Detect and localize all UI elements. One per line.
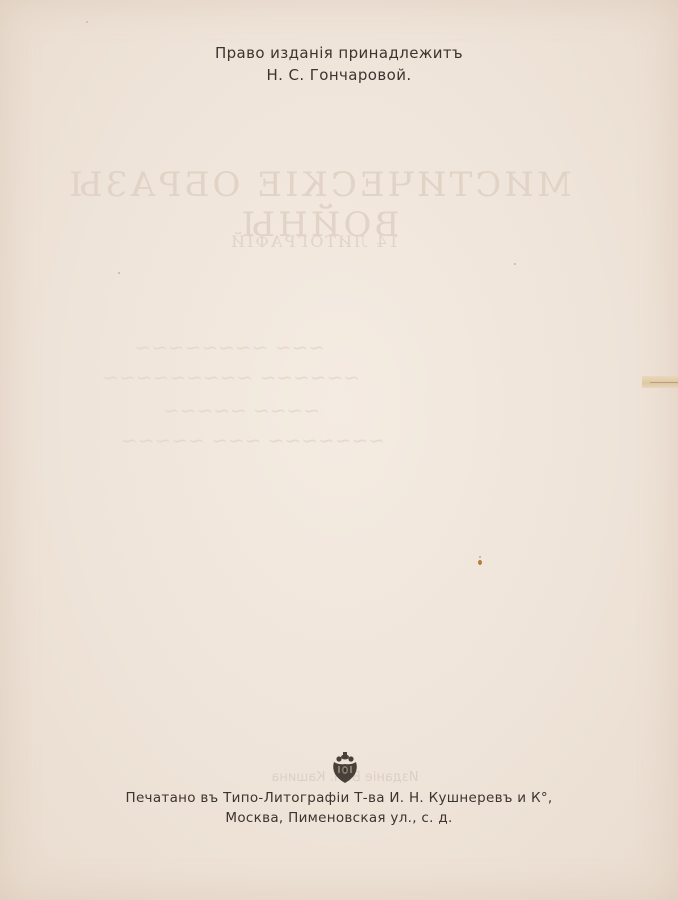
paper-speck — [479, 556, 481, 558]
bleed-through-handwriting-line: ~~~~~~ ~~~~~~~~~ — [70, 365, 360, 389]
copyright-line-2: Н. С. Гончаровой. — [0, 66, 678, 84]
tape-mark — [650, 382, 678, 383]
bleed-through-handwriting-line: ~~~~ ~~~~~ — [140, 398, 320, 422]
printer-imprint-line-2: Москва, Пименовская ул., с. д. — [0, 810, 678, 826]
copyright-line-1: Право изданія принадлежитъ — [0, 44, 678, 62]
printer-imprint-line-1: Печатано въ Типо-Литографіи Т-ва И. Н. К… — [0, 790, 678, 806]
paper-speck — [86, 21, 88, 23]
bleed-through-subtitle: 14 ЛИТОГРАФІЙ — [0, 232, 653, 251]
paper-speck — [478, 560, 482, 565]
paper-speck — [118, 272, 120, 274]
bleed-through-handwriting-line: ~~~ ~~~~~~~~ — [75, 335, 325, 359]
paper-speck — [514, 263, 516, 265]
double-headed-eagle-icon — [332, 752, 358, 784]
document-page: МИСТИЧЕСКІЕ ОБРАЗЫ ВОЙНЫ 14 ЛИТОГРАФІЙ ~… — [0, 0, 678, 900]
bleed-through-handwriting-line: ~~~~~~~ ~~~ ~~~~~ — [95, 428, 385, 452]
